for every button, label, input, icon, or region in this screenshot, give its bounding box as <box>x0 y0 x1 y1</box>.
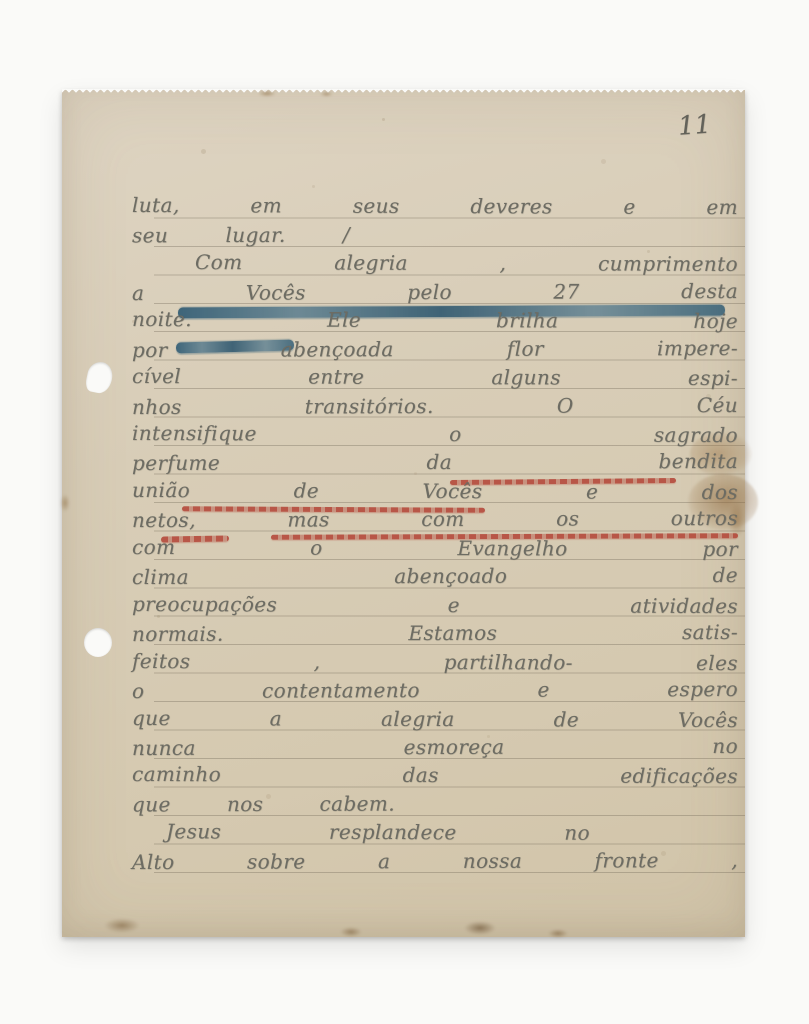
photo-backdrop: 11 luta, em seus deveres e emseu lugar. … <box>0 0 809 1024</box>
manuscript-line: preocupações e atividades <box>132 592 738 619</box>
manuscript-line: nhos transitórios. O Céu <box>132 392 738 419</box>
manuscript-line: feitos , partilhando- eles <box>132 649 738 676</box>
manuscript-line: noite. Ele brilha hoje <box>132 307 738 334</box>
manuscript-line: que nos cabem. <box>132 791 395 817</box>
manuscript-line: o contentamento e espero <box>132 677 738 704</box>
manuscript-line: cível entre alguns espi- <box>132 364 738 391</box>
manuscript-line: Com alegria , cumprimento <box>195 250 738 277</box>
manuscript-line: luta, em seus deveres e em <box>132 193 738 220</box>
manuscript-line: união de Vocês e dos <box>132 478 738 505</box>
manuscript-line: Jesus resplandece no <box>166 820 590 846</box>
manuscript-line: a Vocês pelo 27 desta <box>132 279 738 306</box>
manuscript-line: normais. Estamos satis- <box>132 620 738 647</box>
manuscript-line: perfume da bendita <box>132 449 738 476</box>
manuscript-page: 11 luta, em seus deveres e emseu lugar. … <box>62 90 745 937</box>
manuscript-line: clima abençoado de <box>132 563 738 590</box>
manuscript-line: nunca esmoreça no <box>132 734 738 761</box>
manuscript-line: intensifique o sagrado <box>132 421 738 448</box>
manuscript-line: com o Evangelho por <box>132 535 738 562</box>
manuscript-line: seu lugar. / <box>132 222 350 248</box>
manuscript-lines: luta, em seus deveres e emseu lugar. /Co… <box>62 90 745 937</box>
manuscript-line: caminho das edificações <box>132 762 738 789</box>
manuscript-line: Alto sobre a nossa fronte , <box>132 848 738 875</box>
manuscript-line: que a alegria de Vocês <box>132 705 738 732</box>
manuscript-line: netos, mas com os outros <box>132 506 738 533</box>
manuscript-line: por abençoada flor impere- <box>132 336 738 363</box>
